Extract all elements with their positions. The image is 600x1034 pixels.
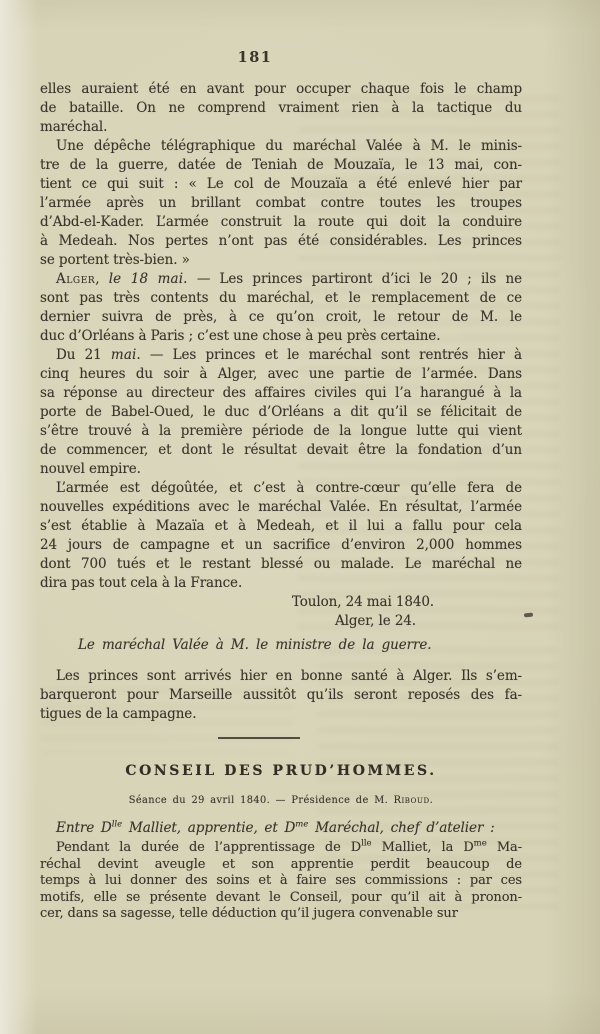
text-line: nouvel empire.	[40, 460, 522, 479]
text-line: tigues de la campagne.	[40, 705, 522, 724]
text-line: CONSEIL DES PRUD’HOMMES.	[40, 762, 522, 781]
continuation-paragraph: elles auraient été en avant pour occuper…	[40, 80, 522, 137]
text-line: cer, dans sa sagesse, telle déduction qu…	[40, 906, 522, 923]
text-line: maréchal.	[40, 118, 522, 137]
text-line: L’armée est dégoûtée, et c’est à contre-…	[40, 479, 522, 498]
section-divider	[218, 737, 300, 739]
text-line: Une dépêche télégraphique du maréchal Va…	[40, 137, 522, 156]
text-column: elles auraient été en avant pour occuper…	[40, 80, 522, 923]
text-line: motifs, elle se présente devant le Conse…	[40, 890, 522, 907]
text-line: sa réponse au directeur des affaires civ…	[40, 384, 522, 403]
text-line: Entre Dlle Malliet, apprentie, et Dme Ma…	[40, 819, 522, 838]
text-line: Séance du 29 avril 1840. — Présidence de…	[40, 791, 522, 810]
dateline-toulon: Toulon, 24 mai 1840.	[40, 593, 522, 612]
text-line: sont pas très contents du maréchal, et l…	[40, 289, 522, 308]
text-line: de bataille. On ne comprend vraiment rie…	[40, 99, 522, 118]
text-line: nouvelles expéditions avec le maréchal V…	[40, 498, 522, 517]
text-line: cinq heures du soir à Alger, avec une pa…	[40, 365, 522, 384]
text-line: Les princes sont arrivés hier en bonne s…	[40, 667, 522, 686]
text-line: dont 700 tués et le restant blessé ou ma…	[40, 555, 522, 574]
text-line: Le maréchal Valée à M. le ministre de la…	[78, 636, 522, 655]
text-line: se portent très-bien. »	[40, 251, 522, 270]
text-line: tient ce qui suit : « Le col de Mouzaïa …	[40, 175, 522, 194]
session-subheading: Séance du 29 avril 1840. — Présidence de…	[40, 791, 522, 810]
text-line: à Medeah. Nos pertes n’ont pas été consi…	[40, 232, 522, 251]
text-line: de commencer, et dont le résultat devait…	[40, 441, 522, 460]
text-line: duc d’Orléans à Paris ; c’est une chose …	[40, 327, 522, 346]
dateline-alger: Alger, le 24.	[40, 612, 522, 631]
text-line: s’est établie à Mazaïa et à Medeah, et i…	[40, 517, 522, 536]
text-line: s’être trouvé à la première période de l…	[40, 422, 522, 441]
text-line: Du 21 mai. — Les princes et le maréchal …	[40, 346, 522, 365]
text-line: l’armée après un brillant combat contre …	[40, 194, 522, 213]
text-line: d’Abd-el-Kader. L’armée construit la rou…	[40, 213, 522, 232]
text-line: Alger, le 24.	[40, 612, 522, 631]
case-title: Entre Dlle Malliet, apprentie, et Dme Ma…	[40, 819, 522, 838]
du-21-mai-paragraph: Du 21 mai. — Les princes et le maréchal …	[40, 346, 522, 479]
princes-arrives-paragraph: Les princes sont arrivés hier en bonne s…	[40, 667, 522, 724]
text-line: tre de la guerre, datée de Teniah de Mou…	[40, 156, 522, 175]
scanned-page: 181 elles auraient été en avant pour occ…	[0, 0, 600, 1034]
text-line: Alger, le 18 mai. — Les princes partiron…	[40, 270, 522, 289]
text-line: 24 jours de campagne et un sacrifice d’e…	[40, 536, 522, 555]
section-heading: CONSEIL DES PRUD’HOMMES.	[40, 762, 522, 781]
page-number: 181	[40, 48, 522, 67]
text-line: Pendant la durée de l’apprentissage de D…	[40, 840, 522, 857]
dispatch-title: Le maréchal Valée à M. le ministre de la…	[40, 636, 522, 655]
alger-18-mai-paragraph: Alger, le 18 mai. — Les princes partiron…	[40, 270, 522, 346]
armee-degoutee-paragraph: L’armée est dégoûtée, et c’est à contre-…	[40, 479, 522, 593]
case-body-paragraph: Pendant la durée de l’apprentissage de D…	[40, 840, 522, 923]
text-line: dira pas tout cela à la France.	[40, 574, 522, 593]
text-line: dernier suivra de près, à ce qu’on croit…	[40, 308, 522, 327]
depeche-valee-paragraph: Une dépêche télégraphique du maréchal Va…	[40, 137, 522, 270]
text-line: elles auraient été en avant pour occuper…	[40, 80, 522, 99]
text-line: porte de Babel-Oued, le duc d’Orléans a …	[40, 403, 522, 422]
ink-speck	[524, 613, 533, 618]
text-line: temps à lui donner des soins et à faire …	[40, 873, 522, 890]
text-line: Toulon, 24 mai 1840.	[40, 593, 522, 612]
text-line: barqueront pour Marseille aussitôt qu’il…	[40, 686, 522, 705]
text-line: réchal devint aveugle et son apprentie p…	[40, 857, 522, 874]
